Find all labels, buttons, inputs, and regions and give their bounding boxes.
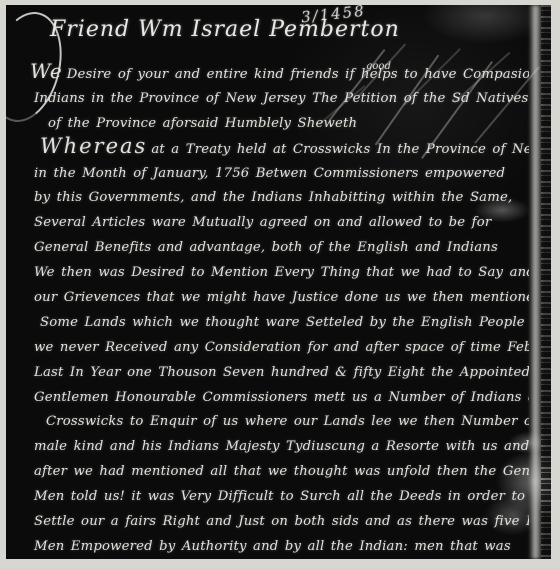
line-text: Indians in the Province of New Jersey Th… <box>34 91 529 106</box>
line-text: Several Articles ware Mutually agreed on… <box>34 215 491 230</box>
line-text: male kind and his Indians Majesty Tydius… <box>34 439 529 454</box>
line-text: by this Governments, and the Indians Inh… <box>34 190 512 205</box>
manuscript-line: after we had mentioned all that we thoug… <box>16 457 529 482</box>
line-text: General Benefits and advantage, both of … <box>34 240 498 255</box>
line-lead: Whereas <box>40 134 147 158</box>
manuscript-body: WeDesire of your and entire kind friends… <box>16 59 529 557</box>
line-text: Last In Year one Thouson Seven hundred &… <box>34 365 529 380</box>
line-text: Crosswicks to Enquir of us where our Lan… <box>46 414 529 429</box>
line-text: Desire of your and entire kind friends i… <box>67 67 529 82</box>
manuscript-line: our Grievences that we might have Justic… <box>16 283 529 308</box>
edge-speckle-band <box>541 5 551 559</box>
manuscript-line: Whereasat a Treaty held at Crosswicks In… <box>16 134 529 159</box>
line-text: our Grievences that we might have Justic… <box>34 290 529 305</box>
manuscript-line: Several Articles ware Mutually agreed on… <box>16 208 529 233</box>
line-text: in the Month of January, 1756 Betwen Com… <box>34 166 505 181</box>
line-text: of the Province aforsaid Humblely Shewet… <box>48 116 357 131</box>
manuscript-line: male kind and his Indians Majesty Tydius… <box>16 432 529 457</box>
line-text: we never Received any Consideration for … <box>34 340 529 355</box>
manuscript-line: Settle our a fairs Right and Just on bot… <box>16 507 529 532</box>
manuscript-line: we never Received any Consideration for … <box>16 333 529 358</box>
line-text: Settle our a fairs Right and Just on bot… <box>34 514 529 529</box>
manuscript-line: WeDesire of your and entire kind friends… <box>16 59 529 84</box>
manuscript-line: Men Empowered by Authority and by all th… <box>16 532 529 557</box>
salutation-line: Friend Wm Israel Pemberton <box>50 17 400 42</box>
manuscript-line: We then was Desired to Mention Every Thi… <box>16 258 529 283</box>
line-text: Men told us! it was Very Difficult to Su… <box>34 489 525 504</box>
manuscript-line: Men told us! it was Very Difficult to Su… <box>16 482 529 507</box>
manuscript-line: Last In Year one Thouson Seven hundred &… <box>16 358 529 383</box>
line-text: Some Lands which we thought ware Settele… <box>40 315 529 330</box>
manuscript-line: Gentlemen Honourable Commissioners mett … <box>16 383 529 408</box>
line-text: Men Empowered by Authority and by all th… <box>34 539 511 554</box>
manuscript-line: Indians in the Province of New Jersey Th… <box>16 84 529 109</box>
line-lead: We <box>30 59 63 83</box>
manuscript-line: Crosswicks to Enquir of us where our Lan… <box>16 407 529 432</box>
manuscript-line: General Benefits and advantage, both of … <box>16 233 529 258</box>
manuscript-photo: 3/1458 Friend Wm Israel Pemberton good W… <box>6 5 551 559</box>
line-text: Gentlemen Honourable Commissioners mett … <box>34 390 529 405</box>
line-text: at a Treaty held at Crosswicks In the Pr… <box>151 142 529 157</box>
line-text: We then was Desired to Mention Every Thi… <box>34 265 529 280</box>
scanned-page: { "photo": { "corner_mark": "3/1458", "s… <box>0 0 560 569</box>
manuscript-line: in the Month of January, 1756 Betwen Com… <box>16 159 529 184</box>
manuscript-line: Some Lands which we thought ware Settele… <box>16 308 529 333</box>
line-text: after we had mentioned all that we thoug… <box>34 464 529 479</box>
manuscript-line: by this Governments, and the Indians Inh… <box>16 183 529 208</box>
manuscript-line: of the Province aforsaid Humblely Shewet… <box>16 109 529 134</box>
